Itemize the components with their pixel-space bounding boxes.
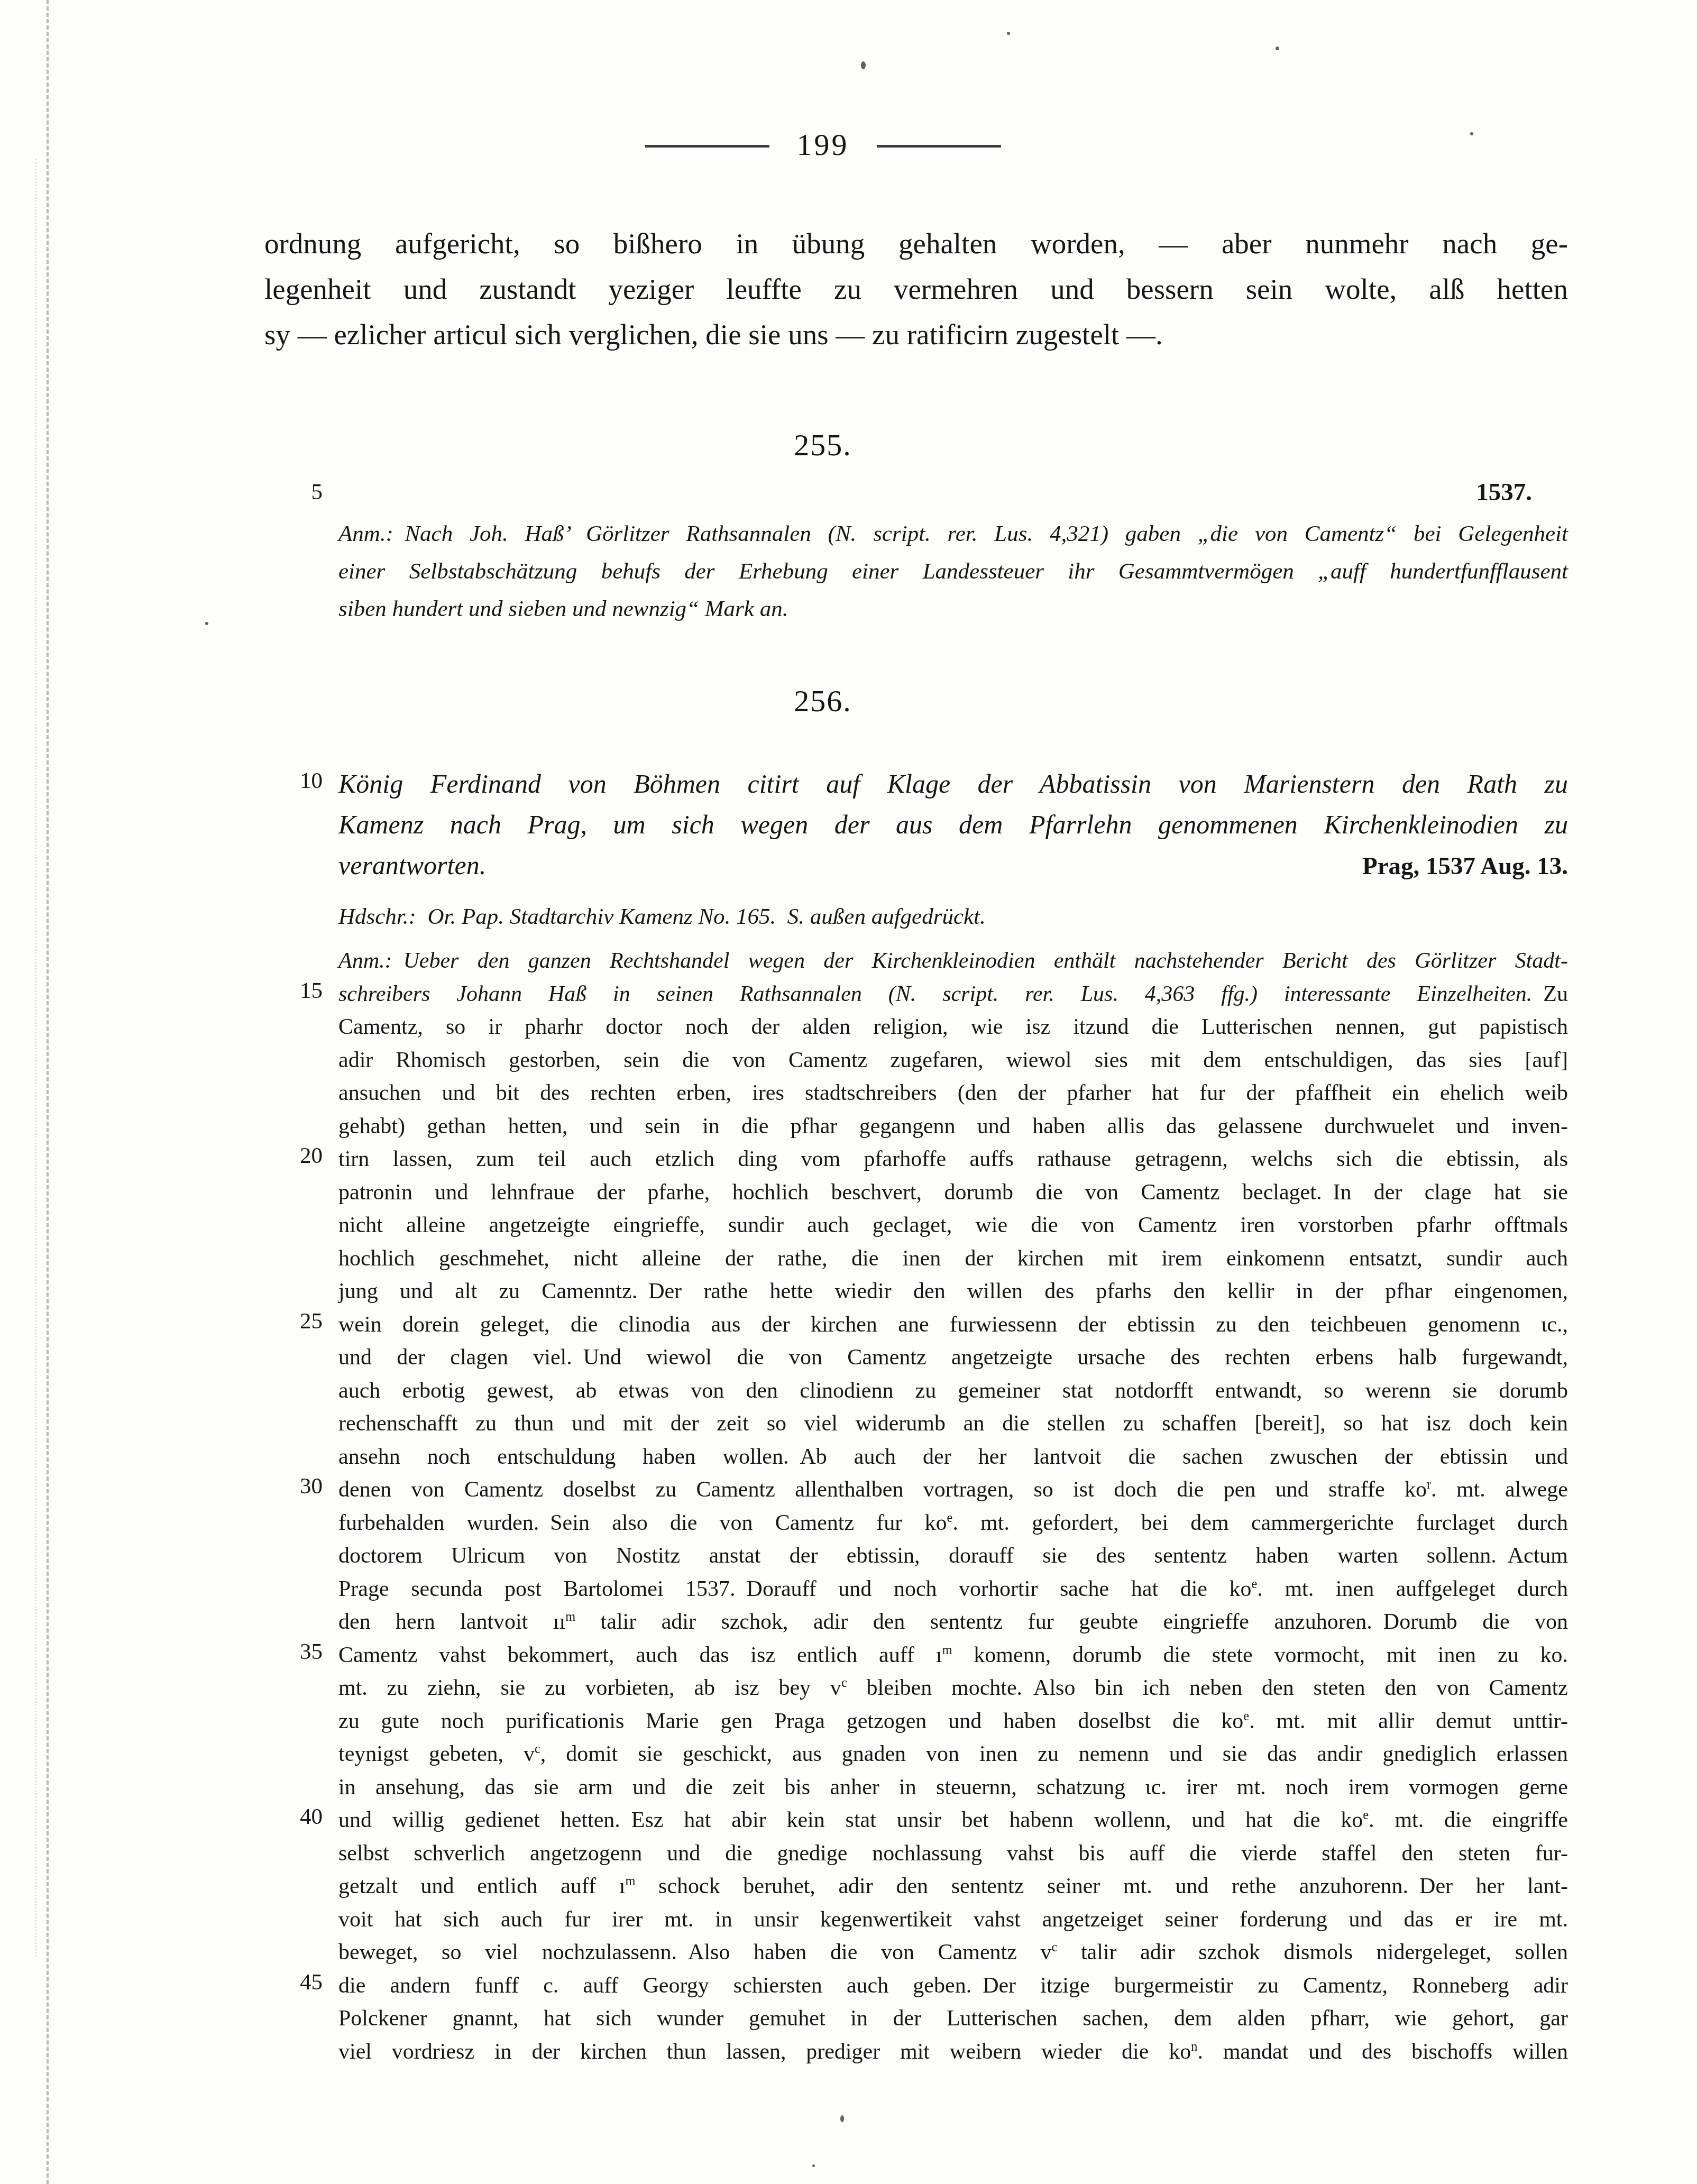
anm-body-line: den hern lantvoit ıım talir adir szchok,… (338, 1605, 1568, 1639)
anm-body-line: beweget, so viel nochzulassenn. Also hab… (338, 1936, 1568, 1969)
line-number: 30 (264, 1473, 323, 1499)
anm-body-line: adir Rhomisch gestorben, sein die von Ca… (338, 1044, 1568, 1077)
anm-body-line: jung und alt zu Camenntz. Der rathe hett… (338, 1275, 1568, 1308)
page-number: 199 (797, 127, 849, 162)
anm-body-line: Prage secunda post Bartolomei 1537. Dora… (338, 1573, 1568, 1606)
anm-body-line: rechenschafft zu thun und mit der zeit s… (338, 1407, 1568, 1440)
headnote-last-line: verantworten. Prag, 1537 Aug. 13. (338, 845, 1568, 887)
line-number: 35 (264, 1639, 323, 1665)
scan-speck (861, 61, 866, 69)
anm-body-line: schreibers Johann Haß in seinen Rathsann… (338, 978, 1568, 1011)
anm-body-line: ansuchen und bit des rechten erben, ires… (338, 1077, 1568, 1110)
anm-body-line: furbehalden wurden. Sein also die von Ca… (338, 1507, 1568, 1540)
page-header: 199 (0, 127, 1646, 162)
anm-body-line: hochlich geschmehet, nicht alleine der r… (338, 1242, 1568, 1275)
doc-256-headnote: König Ferdinand von Böhmen citirt auf Kl… (338, 764, 1568, 887)
anm-256-body: Anm.: Ueber den ganzen Rechtshandel wege… (338, 944, 1568, 2068)
hdschr-line: Hdschr.: Or. Pap. Stadtarchiv Kamenz No.… (338, 901, 1568, 933)
dateline: Prag, 1537 Aug. 13. (1362, 846, 1568, 887)
scan-speck (205, 622, 208, 625)
anm-body-line: viel vordriesz in der kirchen thun lasse… (338, 2035, 1568, 2069)
intro-line: legenheit und zustandt yeziger leuffte z… (264, 267, 1568, 312)
doc-256-heading: 256. (0, 683, 1646, 719)
anm-body-line: mt. zu ziehn, sie zu vorbieten, ab isz b… (338, 1672, 1568, 1705)
anm-body-line: voit hat sich auch fur irer mt. in unsir… (338, 1903, 1568, 1937)
anm-body-line: und der clagen viel. Und wiewol die von … (338, 1341, 1568, 1374)
scan-speck (840, 2115, 844, 2122)
anm-body-line: die andern funff c. auff Georgy schierst… (338, 1969, 1568, 2003)
scan-speck (1007, 32, 1010, 35)
anm-body-line: nicht alleine angetzeigte eingrieffe, su… (338, 1209, 1568, 1242)
note-line: einer Selbstabschätzung behufs der Erheb… (338, 553, 1568, 590)
note-line: Anm.: Nach Joh. Haß’ Görlitzer Rathsanna… (338, 515, 1568, 553)
doc-255-year: 1537. (1476, 478, 1532, 507)
line-number: 45 (264, 1969, 323, 1995)
doc-255-note: Anm.: Nach Joh. Haß’ Görlitzer Rathsanna… (338, 515, 1568, 628)
scan-fold-line (47, 0, 49, 2184)
anm-body-line: Camentz, so ir pharhr doctor noch der al… (338, 1011, 1568, 1044)
anm-body-line: patronin und lehnfraue der pfarhe, hochl… (338, 1176, 1568, 1209)
anm-body-line: denen von Camentz doselbst zu Camentz al… (338, 1473, 1568, 1507)
headnote-tail: verantworten. (338, 845, 486, 886)
header-rule-right (877, 145, 1001, 148)
intro-paragraph: ordnung aufgericht, so bißhero in übung … (264, 221, 1568, 357)
anm-body-line: gehabt) gethan hetten, und sein in die p… (338, 1110, 1568, 1143)
header-rule-left (645, 145, 769, 148)
anm-body-line: auch erbotig gewest, ab etwas von den cl… (338, 1374, 1568, 1408)
line-number: 15 (264, 978, 323, 1004)
anm-body-line: wein dorein geleget, die clinodia aus de… (338, 1308, 1568, 1342)
anm-body-line: und willig gedienet hetten. Esz hat abir… (338, 1804, 1568, 1837)
anm-body-line: doctorem Ulricum von Nostitz anstat der … (338, 1539, 1568, 1573)
anm-body-line: selbst schverlich angetzogenn und die gn… (338, 1837, 1568, 1870)
anm-body-line: teynigst gebeten, vc, domit sie geschick… (338, 1738, 1568, 1771)
anm-body-line: ansehn noch entschuldung haben wollen. A… (338, 1440, 1568, 1474)
headnote-line: Kamenz nach Prag, um sich wegen der aus … (338, 804, 1568, 845)
anm-body-line: Anm.: Ueber den ganzen Rechtshandel wege… (338, 944, 1568, 978)
scan-speck (1276, 47, 1279, 50)
anm-body-line: tirn lassen, zum teil auch etzlich ding … (338, 1143, 1568, 1176)
note-line: siben hundert und sieben und newnzig“ Ma… (338, 590, 1568, 628)
doc-255-heading: 255. (0, 427, 1646, 463)
anm-body-line: zu gute noch purificationis Marie gen Pr… (338, 1705, 1568, 1738)
intro-line: sy — ezlicher articul sich verglichen, d… (264, 312, 1568, 357)
line-number: 10 (264, 768, 323, 794)
anm-body-line: Camentz vahst bekommert, auch das isz en… (338, 1639, 1568, 1672)
line-number: 40 (264, 1804, 323, 1830)
intro-line: ordnung aufgericht, so bißhero in übung … (264, 221, 1568, 267)
line-number: 25 (264, 1308, 323, 1334)
scan-speck (812, 2164, 815, 2167)
anm-body-line: getzalt und entlich auff ım schock beruh… (338, 1870, 1568, 1903)
anm-body-line: Polckener gnannt, hat sich wunder gemuhe… (338, 2002, 1568, 2035)
anm-body-line: in ansehung, das sie arm und die zeit bi… (338, 1771, 1568, 1804)
book-page: 199 ordnung aufgericht, so bißhero in üb… (0, 0, 1697, 2184)
line-number: 20 (264, 1143, 323, 1169)
line-number: 5 (264, 479, 323, 505)
headnote-line: König Ferdinand von Böhmen citirt auf Kl… (338, 764, 1568, 804)
